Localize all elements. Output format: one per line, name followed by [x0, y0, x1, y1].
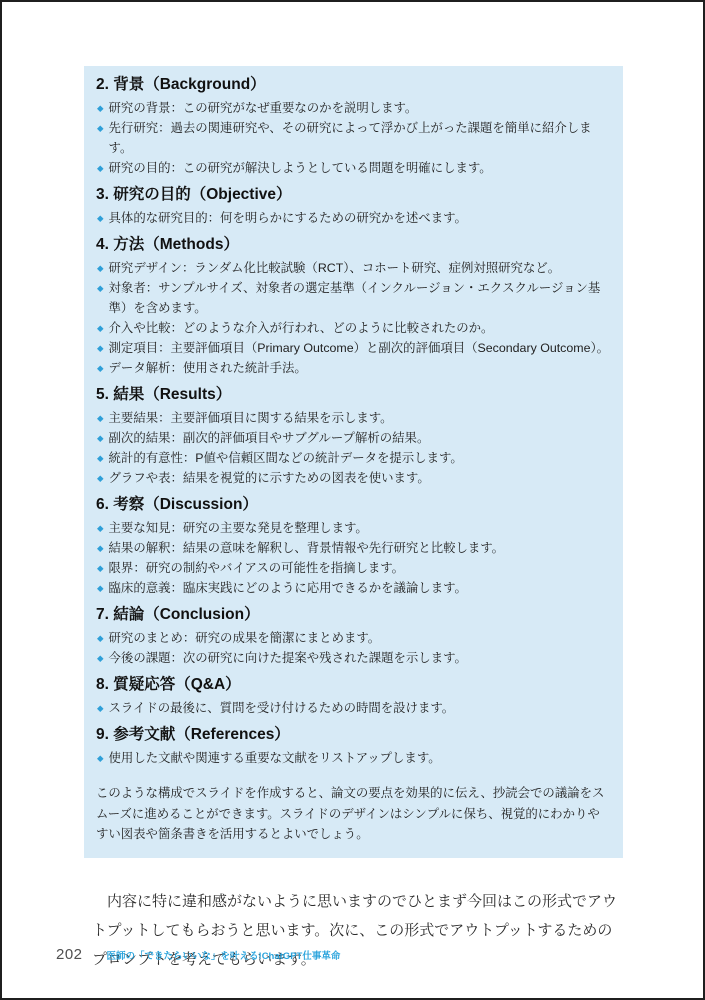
diamond-bullet-icon: ◆	[97, 518, 104, 538]
section-heading: 9. 参考文献（References）	[96, 726, 610, 743]
bullet-text: 統計的有意性：P値や信頼区間などの統計データを提示します。	[109, 448, 463, 468]
bullet-item: ◆対象者：サンプルサイズ、対象者の選定基準（インクルージョン・エクスクルージョン…	[96, 278, 610, 318]
page-footer: 202 医師の「できたらいいな」を叶える!ChatGPT仕事革命	[56, 946, 340, 963]
bullet-text: 今後の課題：次の研究に向けた提案や残された課題を示します。	[109, 648, 467, 668]
section-heading: 8. 質疑応答（Q&A）	[96, 676, 610, 693]
chatgpt-output-outline-box: 2. 背景（Background）◆研究の背景：この研究がなぜ重要なのかを説明し…	[84, 66, 623, 858]
diamond-bullet-icon: ◆	[97, 648, 104, 668]
box-closing-paragraph: このような構成でスライドを作成すると、論文の要点を効果的に伝え、抄読会での議論を…	[96, 783, 610, 845]
diamond-bullet-icon: ◆	[97, 208, 104, 228]
diamond-bullet-icon: ◆	[97, 628, 104, 648]
bullet-text: 先行研究：過去の関連研究や、その研究によって浮かび上がった課題を簡単に紹介します…	[109, 118, 610, 158]
bullet-text: 介入や比較：どのような介入が行われ、どのように比較されたのか。	[109, 318, 494, 338]
diamond-bullet-icon: ◆	[97, 158, 104, 178]
section-heading: 5. 結果（Results）	[96, 386, 610, 403]
bullet-item: ◆研究デザイン：ランダム化比較試験（RCT）、コホート研究、症例対照研究など。	[96, 258, 610, 278]
bullet-text: 臨床的意義：臨床実践にどのように応用できるかを議論します。	[109, 578, 467, 598]
diamond-bullet-icon: ◆	[97, 578, 104, 598]
bullet-item: ◆研究の目的：この研究が解決しようとしている問題を明確にします。	[96, 158, 610, 178]
bullet-item: ◆副次的結果：副次的評価項目やサブグループ解析の結果。	[96, 428, 610, 448]
bullet-item: ◆限界：研究の制約やバイアスの可能性を指摘します。	[96, 558, 610, 578]
diamond-bullet-icon: ◆	[97, 448, 104, 468]
bullet-item: ◆主要結果：主要評価項目に関する結果を示します。	[96, 408, 610, 428]
section-heading: 7. 結論（Conclusion）	[96, 606, 610, 623]
bullet-text: 対象者：サンプルサイズ、対象者の選定基準（インクルージョン・エクスクルージョン基…	[109, 278, 610, 318]
bullet-text: 限界：研究の制約やバイアスの可能性を指摘します。	[109, 558, 405, 578]
diamond-bullet-icon: ◆	[97, 358, 104, 378]
diamond-bullet-icon: ◆	[97, 408, 104, 428]
bullet-item: ◆統計的有意性：P値や信頼区間などの統計データを提示します。	[96, 448, 610, 468]
bullet-item: ◆使用した文献や関連する重要な文献をリストアップします。	[96, 748, 610, 768]
bullet-item: ◆グラフや表：結果を視覚的に示すための図表を使います。	[96, 468, 610, 488]
bullet-item: ◆具体的な研究目的：何を明らかにするための研究かを述べます。	[96, 208, 610, 228]
section-heading: 2. 背景（Background）	[96, 76, 610, 93]
bullet-item: ◆介入や比較：どのような介入が行われ、どのように比較されたのか。	[96, 318, 610, 338]
book-title: 医師の「できたらいいな」を叶える!ChatGPT仕事革命	[107, 948, 341, 962]
section-heading: 6. 考察（Discussion）	[96, 496, 610, 513]
diamond-bullet-icon: ◆	[97, 278, 104, 298]
bullet-text: 研究の背景：この研究がなぜ重要なのかを説明します。	[109, 98, 418, 118]
bullet-item: ◆結果の解釈：結果の意味を解釈し、背景情報や先行研究と比較します。	[96, 538, 610, 558]
bullet-text: 使用した文献や関連する重要な文献をリストアップします。	[109, 748, 441, 768]
diamond-bullet-icon: ◆	[97, 258, 104, 278]
bullet-item: ◆研究のまとめ：研究の成果を簡潔にまとめます。	[96, 628, 610, 648]
bullet-text: 結果の解釈：結果の意味を解釈し、背景情報や先行研究と比較します。	[109, 538, 505, 558]
diamond-bullet-icon: ◆	[97, 428, 104, 448]
book-page: 2. 背景（Background）◆研究の背景：この研究がなぜ重要なのかを説明し…	[2, 2, 703, 975]
diamond-bullet-icon: ◆	[97, 538, 104, 558]
bullet-text: 主要な知見：研究の主要な発見を整理します。	[109, 518, 368, 538]
bullet-text: 研究の目的：この研究が解決しようとしている問題を明確にします。	[109, 158, 492, 178]
diamond-bullet-icon: ◆	[97, 98, 104, 118]
bullet-text: スライドの最後に、質問を受け付けるための時間を設けます。	[109, 698, 455, 718]
diamond-bullet-icon: ◆	[97, 318, 104, 338]
bullet-text: 研究のまとめ：研究の成果を簡潔にまとめます。	[109, 628, 381, 648]
diamond-bullet-icon: ◆	[97, 468, 104, 488]
bullet-item: ◆臨床的意義：臨床実践にどのように応用できるかを議論します。	[96, 578, 610, 598]
bullet-item: ◆主要な知見：研究の主要な発見を整理します。	[96, 518, 610, 538]
bullet-item: ◆先行研究：過去の関連研究や、その研究によって浮かび上がった課題を簡単に紹介しま…	[96, 118, 610, 158]
bullet-item: ◆測定項目：主要評価項目（Primary Outcome）と副次的評価項目（Se…	[96, 338, 610, 358]
bullet-text: 研究デザイン：ランダム化比較試験（RCT）、コホート研究、症例対照研究など。	[109, 258, 561, 278]
bullet-item: ◆今後の課題：次の研究に向けた提案や残された課題を示します。	[96, 648, 610, 668]
bullet-item: ◆スライドの最後に、質問を受け付けるための時間を設けます。	[96, 698, 610, 718]
section-heading: 3. 研究の目的（Objective）	[96, 186, 610, 203]
section-heading: 4. 方法（Methods）	[96, 236, 610, 253]
diamond-bullet-icon: ◆	[97, 118, 104, 138]
bullet-text: 測定項目：主要評価項目（Primary Outcome）と副次的評価項目（Sec…	[109, 338, 610, 358]
diamond-bullet-icon: ◆	[97, 558, 104, 578]
bullet-text: 具体的な研究目的：何を明らかにするための研究かを述べます。	[109, 208, 467, 228]
bullet-item: ◆研究の背景：この研究がなぜ重要なのかを説明します。	[96, 98, 610, 118]
bullet-text: 主要結果：主要評価項目に関する結果を示します。	[109, 408, 393, 428]
bullet-item: ◆データ解析：使用された統計手法。	[96, 358, 610, 378]
diamond-bullet-icon: ◆	[97, 698, 104, 718]
bullet-text: データ解析：使用された統計手法。	[109, 358, 307, 378]
diamond-bullet-icon: ◆	[97, 338, 104, 358]
bullet-text: 副次的結果：副次的評価項目やサブグループ解析の結果。	[109, 428, 430, 448]
bullet-text: グラフや表：結果を視覚的に示すための図表を使います。	[109, 468, 430, 488]
diamond-bullet-icon: ◆	[97, 748, 104, 768]
page-number: 202	[56, 946, 83, 963]
